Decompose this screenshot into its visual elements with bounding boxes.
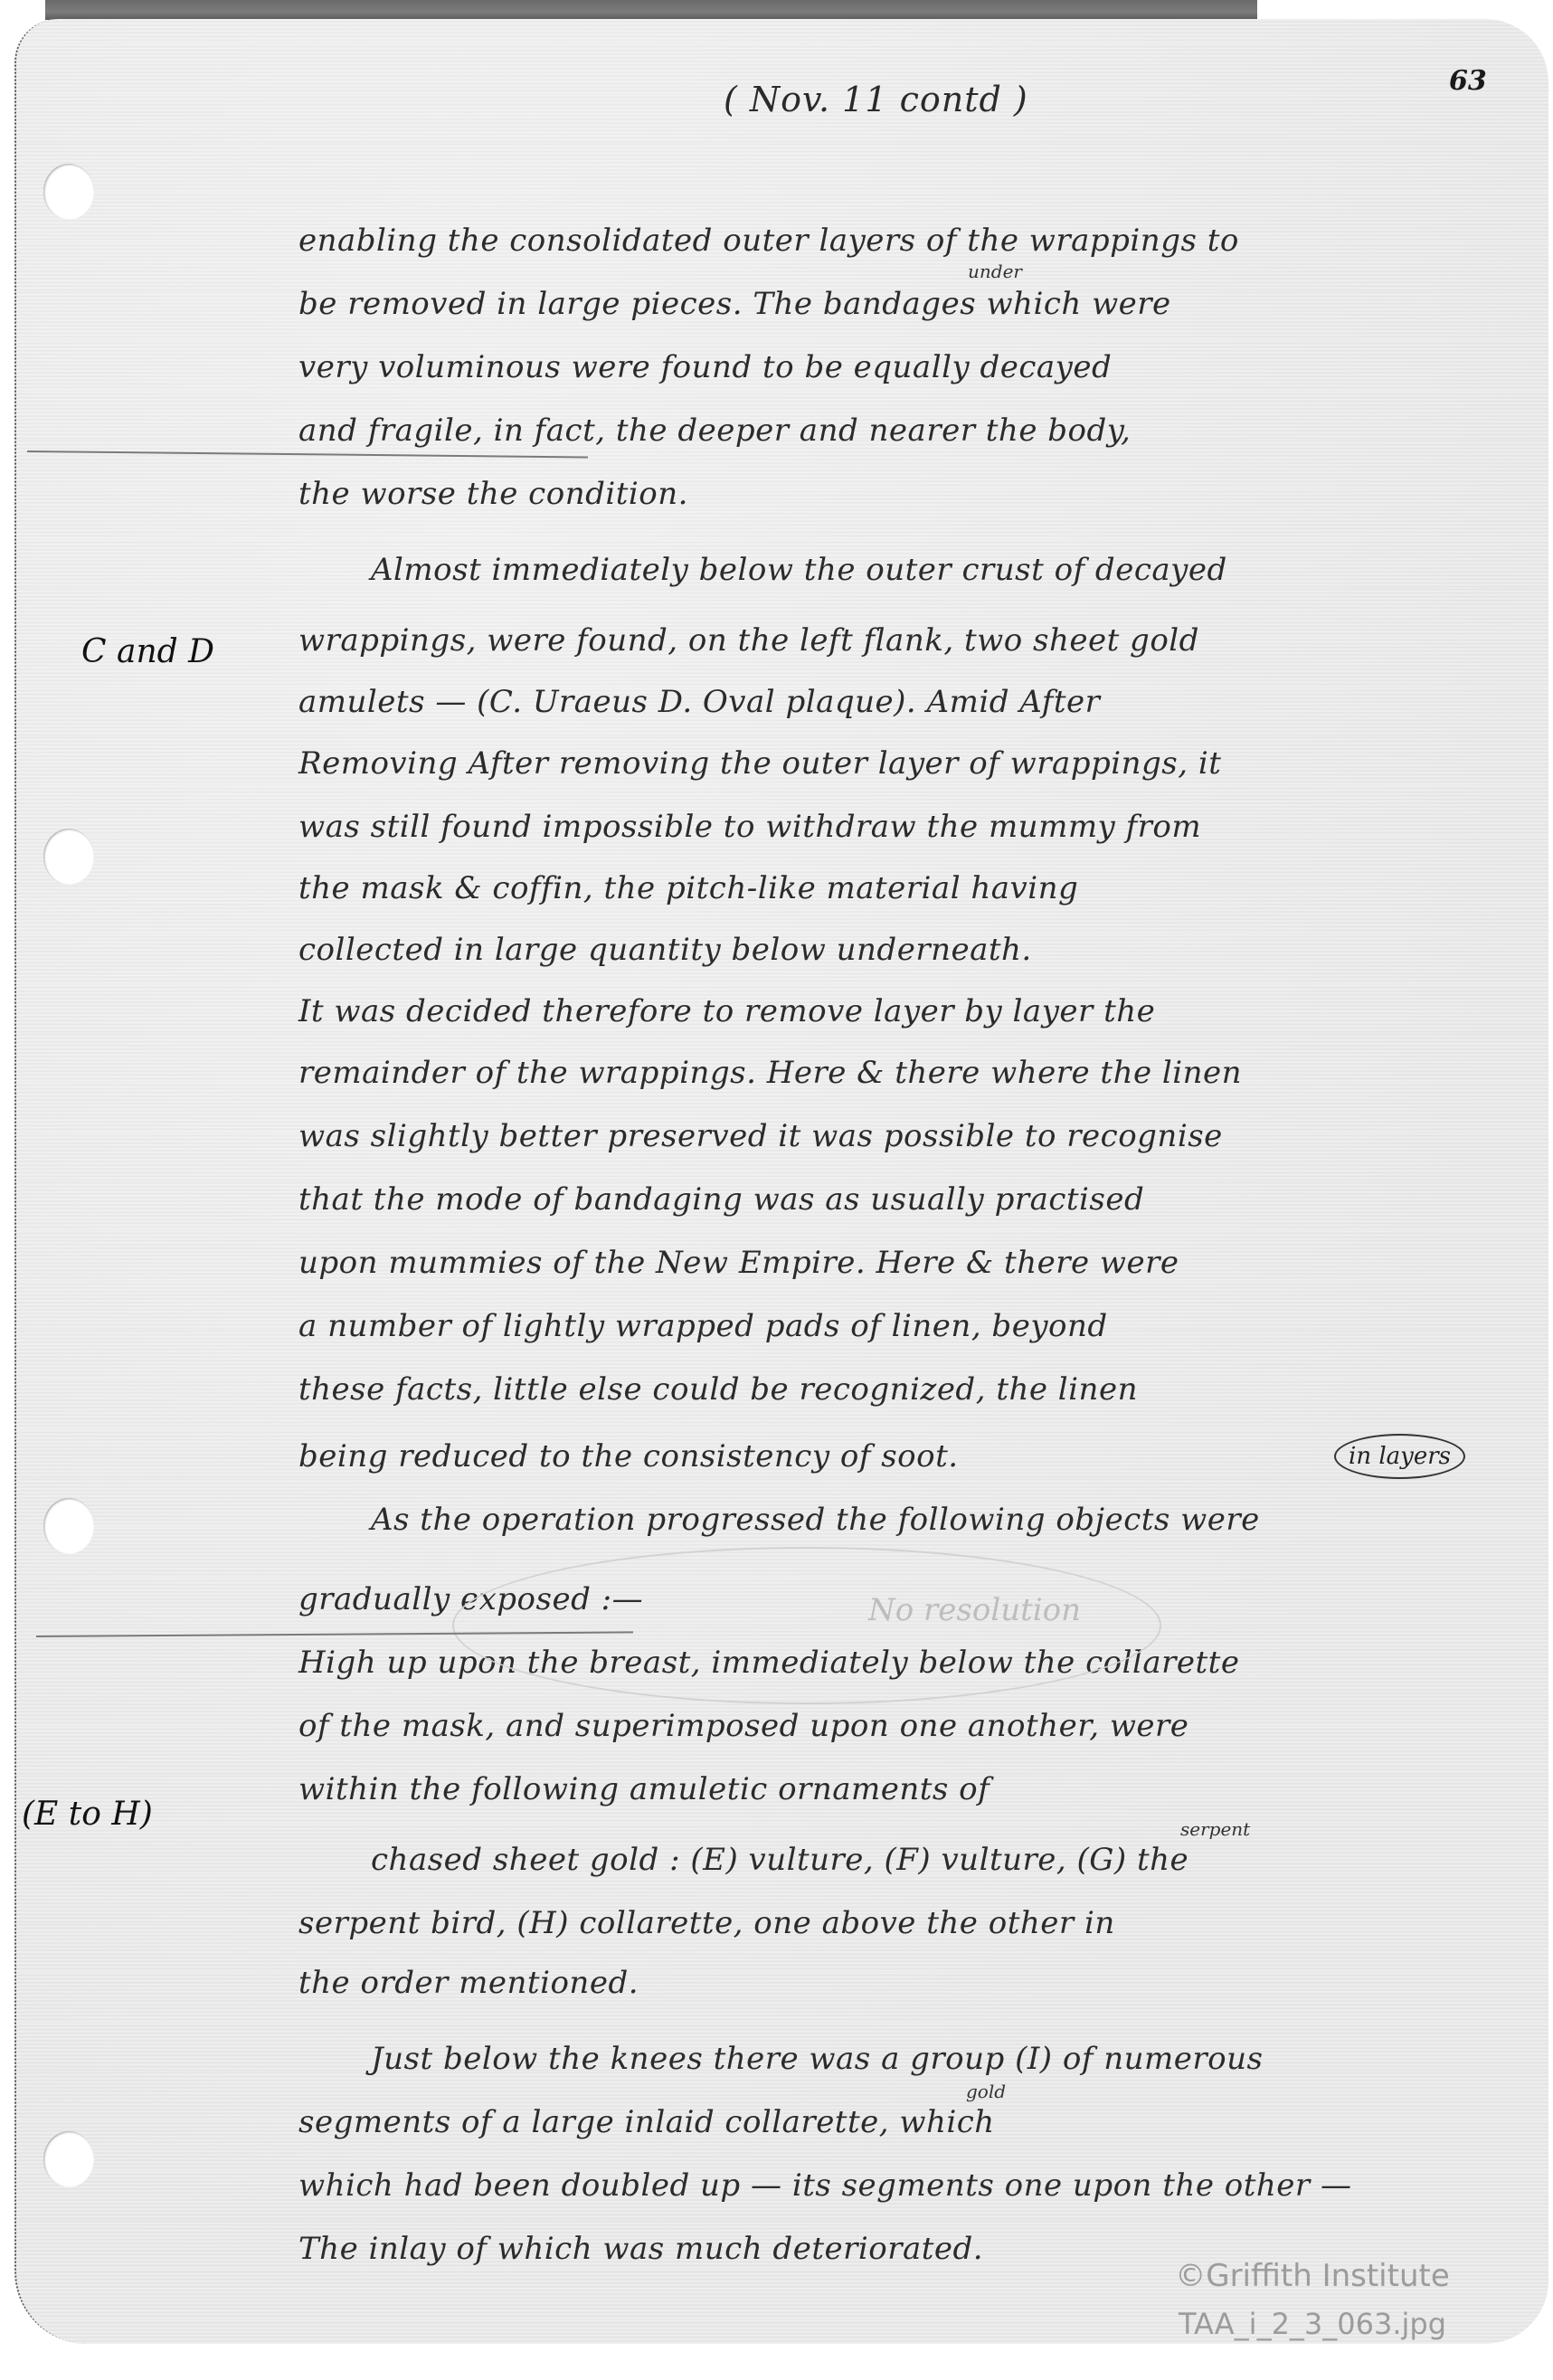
filename-watermark: TAA_i_2_3_063.jpg: [1149, 2307, 1476, 2341]
interlinear-insertion-serpent: serpent: [1180, 1818, 1250, 1840]
margin-note-c-and-d: C and D: [81, 633, 214, 670]
interlinear-insertion-gold: gold: [966, 2081, 1006, 2102]
circled-note-in-layers: in layers: [1334, 1434, 1465, 1479]
manuscript-line: the order mentioned.: [298, 1965, 1501, 2001]
manuscript-line: these facts, little else could be recogn…: [298, 1371, 1501, 1408]
manuscript-line: upon mummies of the New Empire. Here & t…: [298, 1245, 1501, 1281]
manuscript-line: segments of a large inlaid collarette, w…: [298, 2104, 1501, 2140]
page-number: 63: [1449, 65, 1487, 97]
margin-note-e-to-h: (E to H): [22, 1796, 153, 1833]
copyright-watermark: ©Griffith Institute: [1149, 2258, 1476, 2294]
punch-hole-middle: [43, 829, 94, 885]
manuscript-line: was still found impossible to withdraw t…: [298, 809, 1501, 845]
punch-hole-bottom: [43, 2131, 94, 2187]
manuscript-line: a number of lightly wrapped pads of line…: [298, 1308, 1501, 1344]
manuscript-line: which had been doubled up — its segments…: [298, 2167, 1501, 2204]
manuscript-line: As the operation progressed the followin…: [371, 1502, 1553, 1538]
header-note: ( Nov. 11 contd ): [724, 80, 1028, 119]
manuscript-line: amulets — (C. Uraeus D. Oval plaque). Am…: [298, 684, 1501, 720]
manuscript-line: being reduced to the consistency of soot…: [298, 1438, 1501, 1474]
interlinear-insertion-under: under: [968, 261, 1022, 282]
manuscript-line: collected in large quantity below undern…: [298, 932, 1501, 968]
faint-erased-note: No resolution: [868, 1592, 1081, 1628]
manuscript-line: be removed in large pieces. The bandages…: [298, 286, 1501, 322]
manuscript-line: chased sheet gold : (E) vulture, (F) vul…: [371, 1842, 1553, 1878]
punch-hole-top: [43, 164, 94, 220]
manuscript-line: the mask & coffin, the pitch-like materi…: [298, 870, 1501, 906]
manuscript-line: within the following amuletic ornaments …: [298, 1771, 1501, 1807]
manuscript-line: remainder of the wrappings. Here & there…: [298, 1055, 1501, 1091]
manuscript-line: was slightly better preserved it was pos…: [298, 1118, 1501, 1154]
manuscript-line: Almost immediately below the outer crust…: [371, 552, 1553, 588]
scanner-background-strip: [45, 0, 1257, 20]
manuscript-line: the worse the condition.: [298, 476, 1501, 512]
manuscript-line: Removing After removing the outer layer …: [298, 745, 1501, 782]
manuscript-line: It was decided therefore to remove layer…: [298, 993, 1501, 1029]
manuscript-line: Just below the knees there was a group (…: [371, 2041, 1553, 2077]
manuscript-line: very voluminous were found to be equally…: [298, 349, 1501, 385]
manuscript-line: and fragile, in fact, the deeper and nea…: [298, 412, 1501, 449]
manuscript-line: of the mask, and superimposed upon one a…: [298, 1708, 1501, 1744]
manuscript-line: enabling the consolidated outer layers o…: [298, 223, 1501, 259]
punch-hole-lower: [43, 1498, 94, 1554]
manuscript-line: that the mode of bandaging was as usuall…: [298, 1181, 1501, 1218]
manuscript-line: wrappings, were found, on the left flank…: [298, 622, 1501, 659]
manuscript-line: serpent bird, (H) collarette, one above …: [298, 1905, 1501, 1941]
